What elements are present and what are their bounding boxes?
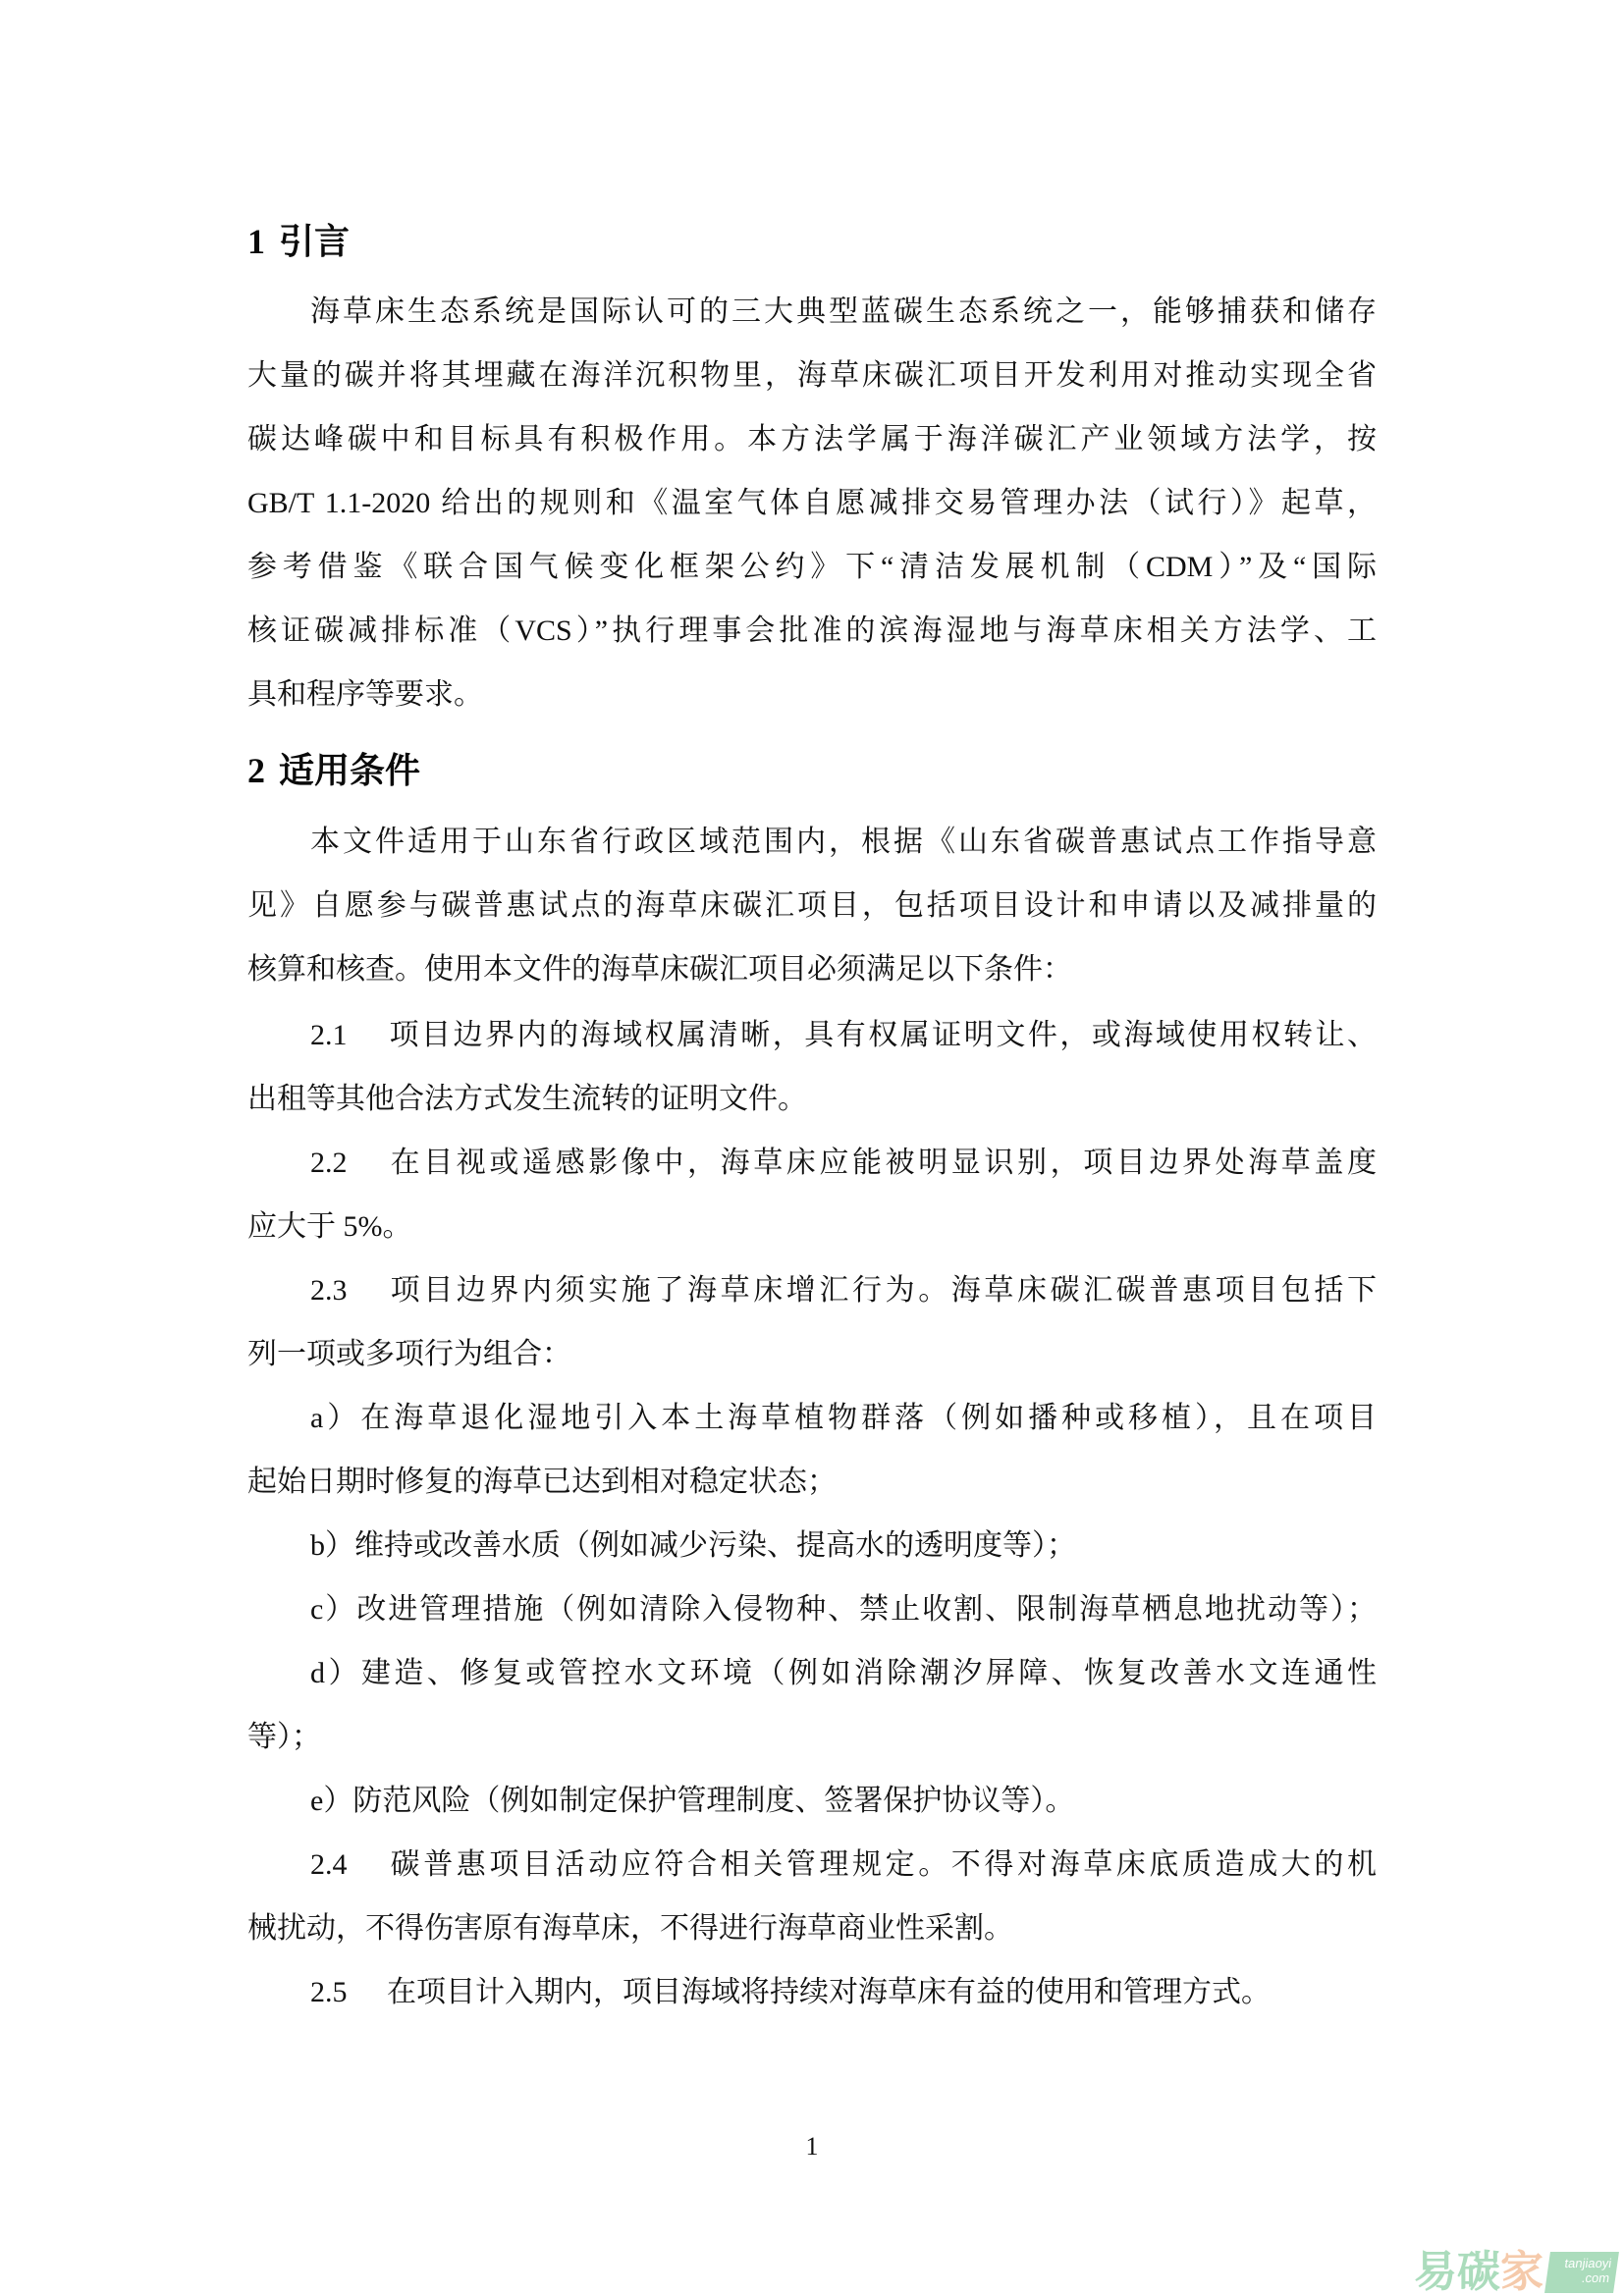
- paragraph-line: 具和程序等要求。: [247, 675, 1377, 715]
- clause-text: 在项目计入期内，项目海域将持续对海草床有益的使用和管理方式。: [387, 1976, 1271, 2008]
- watermark-char: 碳: [1457, 2248, 1500, 2296]
- clause-label: 2.1: [310, 1016, 387, 1055]
- section-heading-2: 2适用条件: [247, 751, 420, 791]
- clause-2-2: 2.2在目视或遥感影像中，海草床应能被明显识别，项目边界处海草盖度: [310, 1144, 1377, 1183]
- list-item-c: c）改进管理措施（例如清除入侵物种、禁止收割、限制海草栖息地扰动等）；: [310, 1590, 1377, 1629]
- list-item-a: a）在海草退化湿地引入本土海草植物群落（例如播种或移植），且在项目: [310, 1399, 1377, 1438]
- clause-2-1: 2.1项目边界内的海域权属清晰，具有权属证明文件，或海域使用权转让、: [310, 1016, 1377, 1055]
- list-item-d: d）建造、修复或管控水文环境（例如消除潮汐屏障、恢复改善水文连通性: [310, 1654, 1377, 1693]
- clause-text: 碳普惠项目活动应符合相关管理规定。不得对海草床底质造成大的机: [387, 1848, 1377, 1881]
- paragraph-line: 起始日期时修复的海草已达到相对稳定状态；: [247, 1463, 1377, 1502]
- clause-label: 2.3: [310, 1271, 387, 1310]
- clause-text: 在目视或遥感影像中，海草床应能被明显识别，项目边界处海草盖度: [387, 1147, 1377, 1179]
- clause-2-5: 2.5在项目计入期内，项目海域将持续对海草床有益的使用和管理方式。: [310, 1973, 1377, 2012]
- paragraph-line: 出租等其他合法方式发生流转的证明文件。: [247, 1080, 1377, 1119]
- watermark-char: 家: [1500, 2248, 1543, 2296]
- section-heading-1: 1引言: [247, 222, 350, 262]
- paragraph-line: 见》自愿参与碳普惠试点的海草床碳汇项目，包括项目设计和申请以及减排量的: [247, 886, 1377, 926]
- paragraph-line: GB/T 1.1-2020 给出的规则和《温室气体自愿减排交易管理办法（试行）》…: [247, 484, 1377, 523]
- list-item-e: e）防范风险（例如制定保护管理制度、签署保护协议等）。: [310, 1782, 1377, 1821]
- section-title: 适用条件: [279, 751, 420, 791]
- paragraph-line: 核算和核查。使用本文件的海草床碳汇项目必须满足以下条件：: [247, 950, 1377, 989]
- watermark-domain-badge: tanjiaoyi .com: [1544, 2252, 1619, 2293]
- section-title: 引言: [279, 222, 350, 262]
- page-number: 1: [0, 2132, 1624, 2162]
- paragraph-line: 应大于 5%。: [247, 1207, 1377, 1247]
- clause-2-3: 2.3项目边界内须实施了海草床增汇行为。海草床碳汇碳普惠项目包括下: [310, 1271, 1377, 1310]
- list-item-b: b）维持或改善水质（例如减少污染、提高水的透明度等）；: [310, 1526, 1377, 1566]
- paragraph-line: 械扰动，不得伤害原有海草床，不得进行海草商业性采割。: [247, 1909, 1377, 1949]
- paragraph-line: 碳达峰碳中和目标具有积极作用。本方法学属于海洋碳汇产业领域方法学，按: [247, 420, 1377, 459]
- clause-text: 项目边界内的海域权属清晰，具有权属证明文件，或海域使用权转让、: [387, 1019, 1377, 1051]
- watermark-char: 易: [1414, 2248, 1457, 2296]
- paragraph-line: 列一项或多项行为组合：: [247, 1335, 1377, 1374]
- section-number: 1: [247, 222, 265, 261]
- clause-label: 2.5: [310, 1973, 387, 2012]
- paragraph-line: 参考借鉴《联合国气候变化框架公约》下“清洁发展机制（CDM）”及“国际: [247, 548, 1377, 587]
- paragraph-line: 本文件适用于山东省行政区域范围内，根据《山东省碳普惠试点工作指导意: [310, 823, 1377, 862]
- watermark-domain-line1: tanjiaoyi: [1547, 2256, 1612, 2270]
- paragraph-line: 核证碳减排标准（VCS）”执行理事会批准的滨海湿地与海草床相关方法学、工: [247, 612, 1377, 651]
- clause-2-4: 2.4碳普惠项目活动应符合相关管理规定。不得对海草床底质造成大的机: [310, 1845, 1377, 1885]
- paragraph-line: 等）；: [247, 1718, 1377, 1757]
- clause-text: 项目边界内须实施了海草床增汇行为。海草床碳汇碳普惠项目包括下: [387, 1274, 1377, 1307]
- paragraph-line: 大量的碳并将其埋藏在海洋沉积物里，海草床碳汇项目开发利用对推动实现全省: [247, 356, 1377, 396]
- watermark-domain-line2: .com: [1545, 2270, 1610, 2285]
- paragraph-line: 海草床生态系统是国际认可的三大典型蓝碳生态系统之一，能够捕获和储存: [310, 293, 1377, 332]
- watermark-logo: 易 碳 家 tanjiaoyi .com: [1414, 2238, 1616, 2296]
- section-number: 2: [247, 751, 265, 790]
- clause-label: 2.4: [310, 1845, 387, 1885]
- clause-label: 2.2: [310, 1144, 387, 1183]
